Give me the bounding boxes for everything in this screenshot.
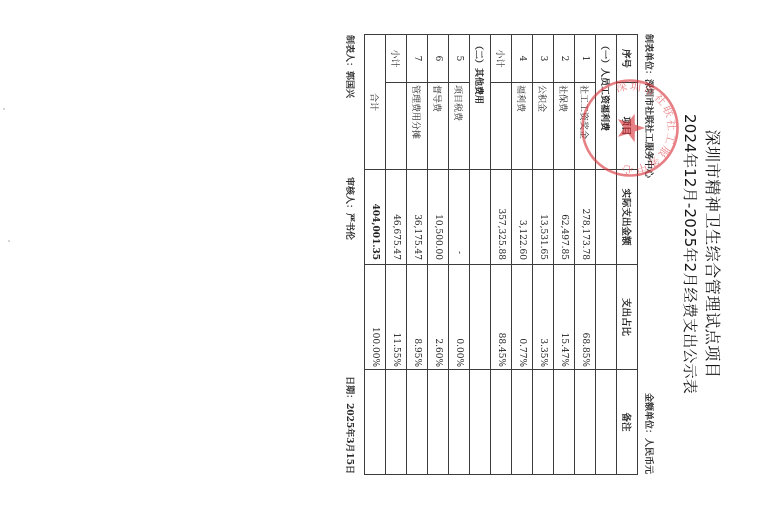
report-date: 日期：2025年3月15日 bbox=[343, 376, 355, 474]
total-row: 合计 404,001.35 100.00% bbox=[365, 35, 386, 475]
row-amount: 10,500.00 bbox=[428, 170, 449, 265]
row-amount: - bbox=[449, 170, 470, 265]
row-no: 1 bbox=[575, 35, 596, 83]
subtotal-note bbox=[386, 370, 407, 475]
row-no: 3 bbox=[533, 35, 554, 83]
subtotal-share: 11.55% bbox=[386, 265, 407, 370]
row-share: 15.47% bbox=[554, 265, 575, 370]
row-item: 公积金 bbox=[533, 83, 554, 170]
preparer: 制表人：郭国兴 bbox=[343, 35, 355, 98]
document-title: 深圳市精神卫生综合管理试点项目 bbox=[703, 34, 722, 474]
document-page: 深圳市精神卫生综合管理试点项目 2024年12月-2025年2月经费支出公示表 … bbox=[0, 0, 768, 512]
row-note bbox=[407, 370, 428, 475]
empty-cell bbox=[596, 265, 617, 370]
table-row: 1 社工工资奖金 278,173.78 68.85% bbox=[575, 35, 596, 475]
subtotal-row: 小计 357,325.88 88.45% bbox=[491, 35, 512, 475]
subtotal-amount: 357,325.88 bbox=[491, 170, 512, 265]
empty-cell bbox=[470, 370, 491, 475]
row-no: 4 bbox=[512, 35, 533, 83]
table-row: 7 管理费用分摊 36,175.47 8.95% bbox=[407, 35, 428, 475]
table-row: 4 福利费 3,122.60 0.77% bbox=[512, 35, 533, 475]
empty-cell bbox=[470, 265, 491, 370]
row-item: 福利费 bbox=[512, 83, 533, 170]
currency-unit: 金额单位：人民币元 bbox=[642, 393, 654, 474]
header-note: 备注 bbox=[617, 370, 638, 475]
total-share: 100.00% bbox=[365, 265, 386, 370]
section-label: （一）人员工资福利费 bbox=[596, 35, 617, 170]
section-label: （二）其他费用 bbox=[470, 35, 491, 170]
row-item: 管理费用分摊 bbox=[407, 83, 428, 170]
row-item: 项目税费 bbox=[449, 83, 470, 170]
section-row: （一）人员工资福利费 bbox=[596, 35, 617, 475]
empty-cell bbox=[386, 83, 407, 170]
row-note bbox=[449, 370, 470, 475]
row-share: 68.85% bbox=[575, 265, 596, 370]
row-amount: 13,531.65 bbox=[533, 170, 554, 265]
subtotal-share: 88.45% bbox=[491, 265, 512, 370]
row-amount: 36,175.47 bbox=[407, 170, 428, 265]
row-no: 7 bbox=[407, 35, 428, 83]
subtotal-label: 小计 bbox=[491, 35, 512, 83]
header-no: 序号 bbox=[617, 35, 638, 83]
empty-cell bbox=[491, 83, 512, 170]
row-share: 0.00% bbox=[449, 265, 470, 370]
row-note bbox=[428, 370, 449, 475]
table-row: 6 督导费 10,500.00 2.60% bbox=[428, 35, 449, 475]
row-note bbox=[554, 370, 575, 475]
row-share: 8.95% bbox=[407, 265, 428, 370]
subtotal-label: 小计 bbox=[386, 35, 407, 83]
total-amount: 404,001.35 bbox=[365, 170, 386, 265]
row-share: 3.35% bbox=[533, 265, 554, 370]
header-amount: 实际支出金额 bbox=[617, 170, 638, 265]
subtotal-row: 小计 46,675.47 11.55% bbox=[386, 35, 407, 475]
table-row: 5 项目税费 - 0.00% bbox=[449, 35, 470, 475]
reviewer: 审核人：严书伦 bbox=[343, 177, 355, 240]
subtotal-amount: 46,675.47 bbox=[386, 170, 407, 265]
expense-table: 序号 项目 实际支出金额 支出占比 备注 （一）人员工资福利费 1 社工工资奖金… bbox=[364, 34, 638, 475]
empty-cell bbox=[470, 170, 491, 265]
row-share: 0.77% bbox=[512, 265, 533, 370]
row-note bbox=[575, 370, 596, 475]
empty-cell bbox=[596, 170, 617, 265]
row-item: 社工工资奖金 bbox=[575, 83, 596, 170]
row-no: 2 bbox=[554, 35, 575, 83]
total-label: 合计 bbox=[365, 35, 386, 170]
table-row: 2 社保费 62,497.85 15.47% bbox=[554, 35, 575, 475]
row-amount: 62,497.85 bbox=[554, 170, 575, 265]
row-item: 督导费 bbox=[428, 83, 449, 170]
row-share: 2.60% bbox=[428, 265, 449, 370]
table-row: 3 公积金 13,531.65 3.35% bbox=[533, 35, 554, 475]
section-row: （二）其他费用 bbox=[470, 35, 491, 475]
subtotal-note bbox=[491, 370, 512, 475]
row-no: 5 bbox=[449, 35, 470, 83]
row-note bbox=[533, 370, 554, 475]
empty-cell bbox=[596, 370, 617, 475]
table-header-row: 序号 项目 实际支出金额 支出占比 备注 bbox=[617, 35, 638, 475]
row-note bbox=[512, 370, 533, 475]
row-item: 社保费 bbox=[554, 83, 575, 170]
row-no: 6 bbox=[428, 35, 449, 83]
document-subtitle: 2024年12月-2025年2月经费支出公示表 bbox=[681, 34, 699, 474]
header-share: 支出占比 bbox=[617, 265, 638, 370]
row-amount: 278,173.78 bbox=[575, 170, 596, 265]
total-note bbox=[365, 370, 386, 475]
header-item: 项目 bbox=[617, 83, 638, 170]
row-amount: 3,122.60 bbox=[512, 170, 533, 265]
prepared-unit: 制表单位：深圳市社联社工服务中心 bbox=[642, 34, 654, 178]
